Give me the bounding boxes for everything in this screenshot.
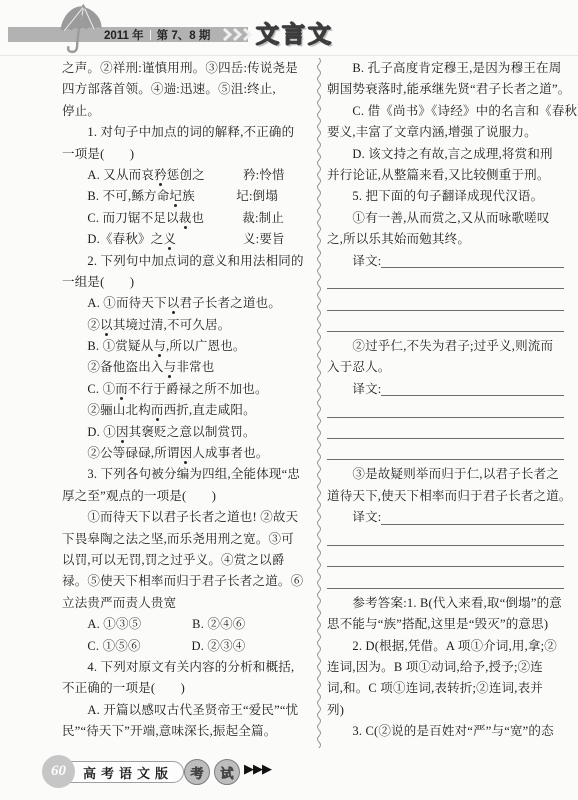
text-line: ②备他盗出入与非常也 xyxy=(62,357,314,378)
text-line: 并行论证,从整篇来看,又比较侧重于刑。 xyxy=(327,165,564,186)
text-line: C. ①而不行于爵禄之所不加也。 xyxy=(62,379,314,400)
text-line: D. ①因其褒贬之意以制赏罚。 xyxy=(62,422,314,443)
text-line: 立法贵严而责人贵宽 xyxy=(62,593,314,614)
exam-badge-shi: 试 xyxy=(214,759,240,785)
column-divider xyxy=(315,58,323,753)
text-line: 之声。②祥刑:谨慎用刑。③四岳:传说尧是 xyxy=(62,58,314,79)
text-line: 之,所以乐其始而勉其终。 xyxy=(327,229,564,250)
text-line: 5. 把下面的句子翻译成现代汉语。 xyxy=(327,186,564,207)
text-line: 要义,丰富了文章内涵,增强了说服力。 xyxy=(327,122,564,143)
brand-label: 高考语文版 xyxy=(69,763,173,782)
text-line: ②公等碌碌,所谓因人成事者也。 xyxy=(62,443,314,464)
text-line: C. 借《尚书》《诗经》中的名言和《春秋》 xyxy=(327,101,564,122)
triple-chevron-icon xyxy=(222,28,256,41)
text-line: B. 孔子高度肯定穆王,是因为穆王在周 xyxy=(327,58,564,79)
answer-blank-line xyxy=(327,443,564,464)
text-line: 一组是( ) xyxy=(62,272,314,293)
issue-number-label: 第 7、8 期 xyxy=(157,27,211,43)
text-line: 词,和。C 项①连词,表转折;②连词,表并 xyxy=(327,678,564,699)
text-line: D. 该文持之有故,言之成理,将赏和刑 xyxy=(327,144,564,165)
text-line: B. 不可,鲧方命圮族 圮:倒塌 xyxy=(62,186,314,207)
text-line: 停止。 xyxy=(62,101,314,122)
translation-label-line: 译文: xyxy=(327,251,564,272)
column-left: 之声。②祥刑:谨慎用刑。③四岳:传说尧是四方部落首领。④遄:迅速。⑤沮:终止,停… xyxy=(62,58,314,743)
answer-blank-line xyxy=(327,529,564,550)
answer-blank-line xyxy=(327,272,564,293)
text-line: 道待天下,使天下相率而归于君子长者之道。 xyxy=(327,486,564,507)
text-line: D.《春秋》之义 义:要旨 xyxy=(62,229,314,250)
text-line: C. 而刀锯不足以裁也 裁:制止 xyxy=(62,208,314,229)
text-line: 一项是( ) xyxy=(62,144,314,165)
text-line: 四方部落首领。④遄:迅速。⑤沮:终止, xyxy=(62,79,314,100)
text-line: 朝国势衰落时,能承继先贤“君子长者之道”。 xyxy=(327,79,564,100)
text-line: 不正确的一项是( ) xyxy=(62,678,314,699)
text-line: ②骊山北构而西折,直走咸阳。 xyxy=(62,400,314,421)
text-line: 3. 下列各句被分编为四组,全能体现“忠 xyxy=(62,464,314,485)
answer-blank-line xyxy=(327,571,564,592)
column-right: B. 孔子高度肯定穆王,是因为穆王在周朝国势衰落时,能承继先贤“君子长者之道”。… xyxy=(327,58,564,743)
text-line: B. ①赏疑从与,所以广恩也。 xyxy=(62,336,314,357)
answer-blank-line xyxy=(327,550,564,571)
exam-badge-kao: 考 xyxy=(184,759,210,785)
text-line: C. ①⑤⑥ D. ②③④ xyxy=(62,636,314,657)
text-line: 1. 对句子中加点的词的解释,不正确的 xyxy=(62,122,314,143)
text-line: 下畏皋陶之法之坚,而乐尧用刑之宽。③可 xyxy=(62,529,314,550)
umbrella-icon xyxy=(52,1,108,62)
text-line: 2. 下列句中加点词的意义和用法相同的 xyxy=(62,251,314,272)
text-line: A. 又从而哀矜惩创之 矜:怜惜 xyxy=(62,165,314,186)
text-line: 连词,因为。B 项①动词,给予,授予;②连 xyxy=(327,657,564,678)
translation-label-line: 译文: xyxy=(327,379,564,400)
text-line: ①而待天下以君子长者之道也! ②故天 xyxy=(62,507,314,528)
text-line: 3. C(②说的是百姓对“严”与“宽”的态 xyxy=(327,721,564,742)
text-line: A. 开篇以感叹古代圣贤帝王“爱民”“忧 xyxy=(62,700,314,721)
issue-separator xyxy=(150,30,151,40)
text-line: 参考答案:1. B(代入来看,取“倒塌”的意 xyxy=(327,593,564,614)
forward-arrows-icon: ▶▶▶ xyxy=(244,762,271,777)
header-bar: 2011 年 第 7、8 期 xyxy=(8,27,248,42)
issue-info: 2011 年 第 7、8 期 xyxy=(104,27,210,43)
text-line: A. ①③⑤ B. ②④⑥ xyxy=(62,614,314,635)
answer-blank-line xyxy=(327,400,564,421)
header-rule xyxy=(0,55,578,56)
text-line: 入于忍人。 xyxy=(327,357,564,378)
page-number-badge: 60 xyxy=(42,755,75,788)
text-line: ①有一善,从而赏之,又从而咏歌嗟叹 xyxy=(327,208,564,229)
text-line: 思不能与“族”搭配,这里是“毁灭”的意思) xyxy=(327,614,564,635)
brand-capsule: 高考语文版 xyxy=(58,761,184,783)
text-line: ②过乎仁,不失为君子;过乎义,则流而 xyxy=(327,336,564,357)
exam-page: 2011 年 第 7、8 期 文言文 xyxy=(0,0,578,800)
answer-blank-line xyxy=(327,293,564,314)
text-line: 厚之至”观点的一项是( ) xyxy=(62,486,314,507)
text-line: A. ①而待天下以君子长者之道也。 xyxy=(62,293,314,314)
text-line: 民”“待天下”开端,意味深长,振起全篇。 xyxy=(62,721,314,742)
text-line: 禄。⑤使天下相率而归于君子长者之道。⑥ xyxy=(62,571,314,592)
text-line: 4. 下列对原文有关内容的分析和概括, xyxy=(62,657,314,678)
text-line: ③是故疑则举而归于仁,以君子长者之 xyxy=(327,464,564,485)
text-line: 以罚,可以无罚,罚之过乎义。④赏之以爵 xyxy=(62,550,314,571)
translation-label-line: 译文: xyxy=(327,507,564,528)
page-title: 文言文 xyxy=(256,16,334,49)
answer-blank-line xyxy=(327,315,564,336)
text-line: ②以其境过清,不可久居。 xyxy=(62,315,314,336)
answer-blank-line xyxy=(327,422,564,443)
text-line: 列) xyxy=(327,700,564,721)
text-line: 2. D(根据,凭借。A 项①介词,用,拿;② xyxy=(327,636,564,657)
issue-year-label: 2011 年 xyxy=(104,27,144,43)
